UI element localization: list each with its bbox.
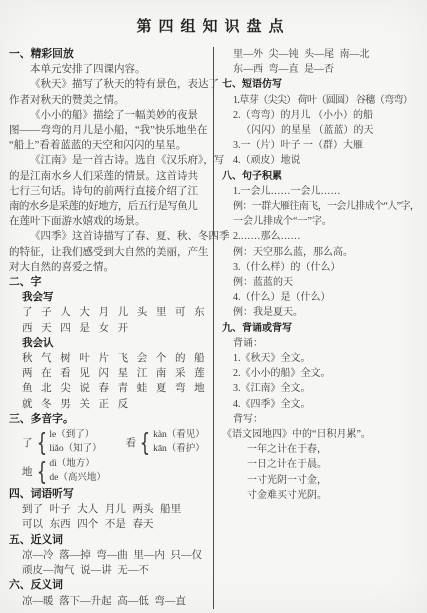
paragraph-line: 在莲叶下面游水嬉戏的场景。 [9,214,210,229]
brace-glyph: { [140,430,150,455]
paragraph-line: 图——弯弯的月儿是小船，“我”快乐地坐在 [9,123,210,138]
section-header-4: 四、词语听写 [9,487,210,502]
duoyin-reading: kān（看护） [153,443,205,457]
duoyin-reading: liǎo（知了） [49,443,101,457]
char-row: 了 子 人 大 月 儿 头 里 可 东 [22,305,210,320]
paragraph-line: 七行三句话。诗句的前两行直接介绍了江 [9,184,210,199]
book-page: 第四组知识盘点 一、精彩回放 本单元安排了四课内容。 《秋天》描写了秋天的特有景… [0,0,427,613]
list-line: 3.（什么样）的（什么） [233,260,420,275]
paragraph-line: 《秋天》描写了秋天的特有景色，表达了 [9,77,210,92]
section-header-8: 八、句子积累 [222,169,420,184]
section-header-1: 一、精彩回放 [9,47,210,62]
section-header-3: 三、多音字。 [9,412,210,427]
list-line: 3.《江南》全文。 [233,381,420,396]
antonym-row: 东—西 弯—直 是—否 [233,62,420,77]
brace-glyph: { [36,430,46,455]
left-column: 一、精彩回放 本单元安排了四课内容。 《秋天》描写了秋天的特有景色，表达了 作者… [9,47,210,609]
duoyin-char: 地 [22,464,33,479]
duoyin-entry: 了 { le（到了） liǎo（知了） [22,429,102,456]
section-header-9: 九、背诵或背写 [222,321,420,336]
synonym-row: 顽皮—淘气 说—讲 无—不 [22,563,210,578]
paragraph-line: 南的水乡是采莲的好地方，后五行是写鱼儿 [9,199,210,214]
paragraph-line: 对大自然的喜爱之情。 [9,260,210,275]
duoyin-readings: dì（地方） de（高兴地） [49,458,105,485]
list-line: 2.（弯弯）的月儿 （小小）的船 [233,108,420,123]
list-line: 4.（顽皮）地说 [233,153,420,168]
list-line: 1.一会儿……一会儿…… [233,184,420,199]
list-line: 3.一（片）叶子 一（群）大雁 [233,138,420,153]
list-line: 1.草芽（尖尖） 荷叶（圆圆） 谷穗（弯弯） [233,93,420,108]
list-line: 4.《四季》全文。 [233,397,420,412]
example-line: 例：我是夏天。 [233,305,420,320]
duoyin-reading: kàn（看见） [153,429,205,443]
duoyin-row: 地 { dì（地方） de（高兴地） [22,458,210,485]
list-line: 2.……那么…… [233,229,420,244]
section-header-6: 六、反义词 [9,578,210,593]
example-line: 例：一群大雁往南飞，一会儿排成个“人”字， [233,199,420,214]
paragraph-line: 的是江南水乡人们采莲的情景。这首诗共 [9,169,210,184]
char-row: 就 冬 男 关 正 反 [22,397,210,412]
example-line: 例：天空那么蓝，那么高。 [233,245,420,260]
list-line: 1.《秋天》全文。 [233,351,420,366]
word-row: 到了 叶子 大人 月儿 两头 船里 [22,502,210,517]
list-line: 4.（什么）是（什么） [233,290,420,305]
page-title: 第四组知识盘点 [0,0,427,36]
section-header-7: 七、短语仿写 [222,77,420,92]
poem-line: 一日之计在于晨。 [247,457,420,472]
char-row: 两 在 看 见 闪 星 江 南 采 莲 [22,366,210,381]
paragraph-line: “船上”看着蓝蓝的天空和闪闪的星星。 [9,138,210,153]
list-line: （闪闪）的星星 （蓝蓝）的天 [241,123,420,138]
char-row: 西 天 四 是 女 开 [22,321,210,336]
duoyin-readings: kàn（看见） kān（看护） [153,429,205,456]
paragraph-line: 《四季》这首诗描写了春、夏、秋、冬四季 [9,229,210,244]
paragraph-line: 作者对秋天的赞美之情。 [9,93,210,108]
char-row: 秋 气 树 叶 片 飞 会 个 的 船 [22,351,210,366]
duoyin-entry: 看 { kàn（看见） kān（看护） [126,429,205,456]
duoyin-reading: de（高兴地） [49,472,105,486]
subsection-header-write: 我会写 [22,290,210,305]
duoyin-char: 看 [126,435,137,450]
section-header-2: 二、字 [9,275,210,290]
list-line: 背写： [233,412,420,427]
duoyin-reading: le（到了） [49,429,101,443]
synonym-row: 凉—冷 落—掉 弯—曲 里—内 只—仅 [22,548,210,563]
brace-glyph: { [36,459,46,484]
paragraph-line: 《小小的船》描绘了一幅美妙的夜景 [9,108,210,123]
duoyin-char: 了 [22,435,33,450]
list-line: 背诵： [233,336,420,351]
example-line: 例：蓝蓝的天 [233,275,420,290]
section-header-5: 五、近义词 [9,533,210,548]
right-column: 里—外 尖—钝 头—尾 南—北 东—西 弯—直 是—否 七、短语仿写 1.草芽（… [214,47,420,609]
antonym-row: 凉—暖 落下—升起 高—低 弯—直 [22,594,210,609]
duoyin-row: 了 { le（到了） liǎo（知了） 看 { kàn（看见） kān（看护） [22,429,210,456]
example-line: 一会儿排成个“一”字。 [233,214,420,229]
poem-line: 一年之计在于春， [247,442,420,457]
antonym-row: 里—外 尖—钝 头—尾 南—北 [233,47,420,62]
paragraph-line: 本单元安排了四课内容。 [9,62,210,77]
duoyin-readings: le（到了） liǎo（知了） [49,429,101,456]
duoyin-reading: dì（地方） [49,458,105,472]
poem-line: 寸金难买寸光阴。 [247,488,420,503]
poem-line: 一寸光阴一寸金， [247,473,420,488]
duoyin-entry: 地 { dì（地方） de（高兴地） [22,458,106,485]
subsection-header-read: 我会认 [22,336,210,351]
dictation-intro-line: 《语文园地四》中的“日积月累”。 [222,427,420,442]
two-column-layout: 一、精彩回放 本单元安排了四课内容。 《秋天》描写了秋天的特有景色，表达了 作者… [0,36,427,609]
char-row: 鱼 北 尖 说 春 青 蛙 夏 弯 地 [22,381,210,396]
word-row: 可以 东西 四个 不是 春天 [22,517,210,532]
list-line: 2.《小小的船》全文。 [233,366,420,381]
paragraph-line: 的特征，让我们感受到大自然的美丽，产生 [9,245,210,260]
paragraph-line: 《江南》是一首古诗。选自《汉乐府》，写 [9,153,210,168]
